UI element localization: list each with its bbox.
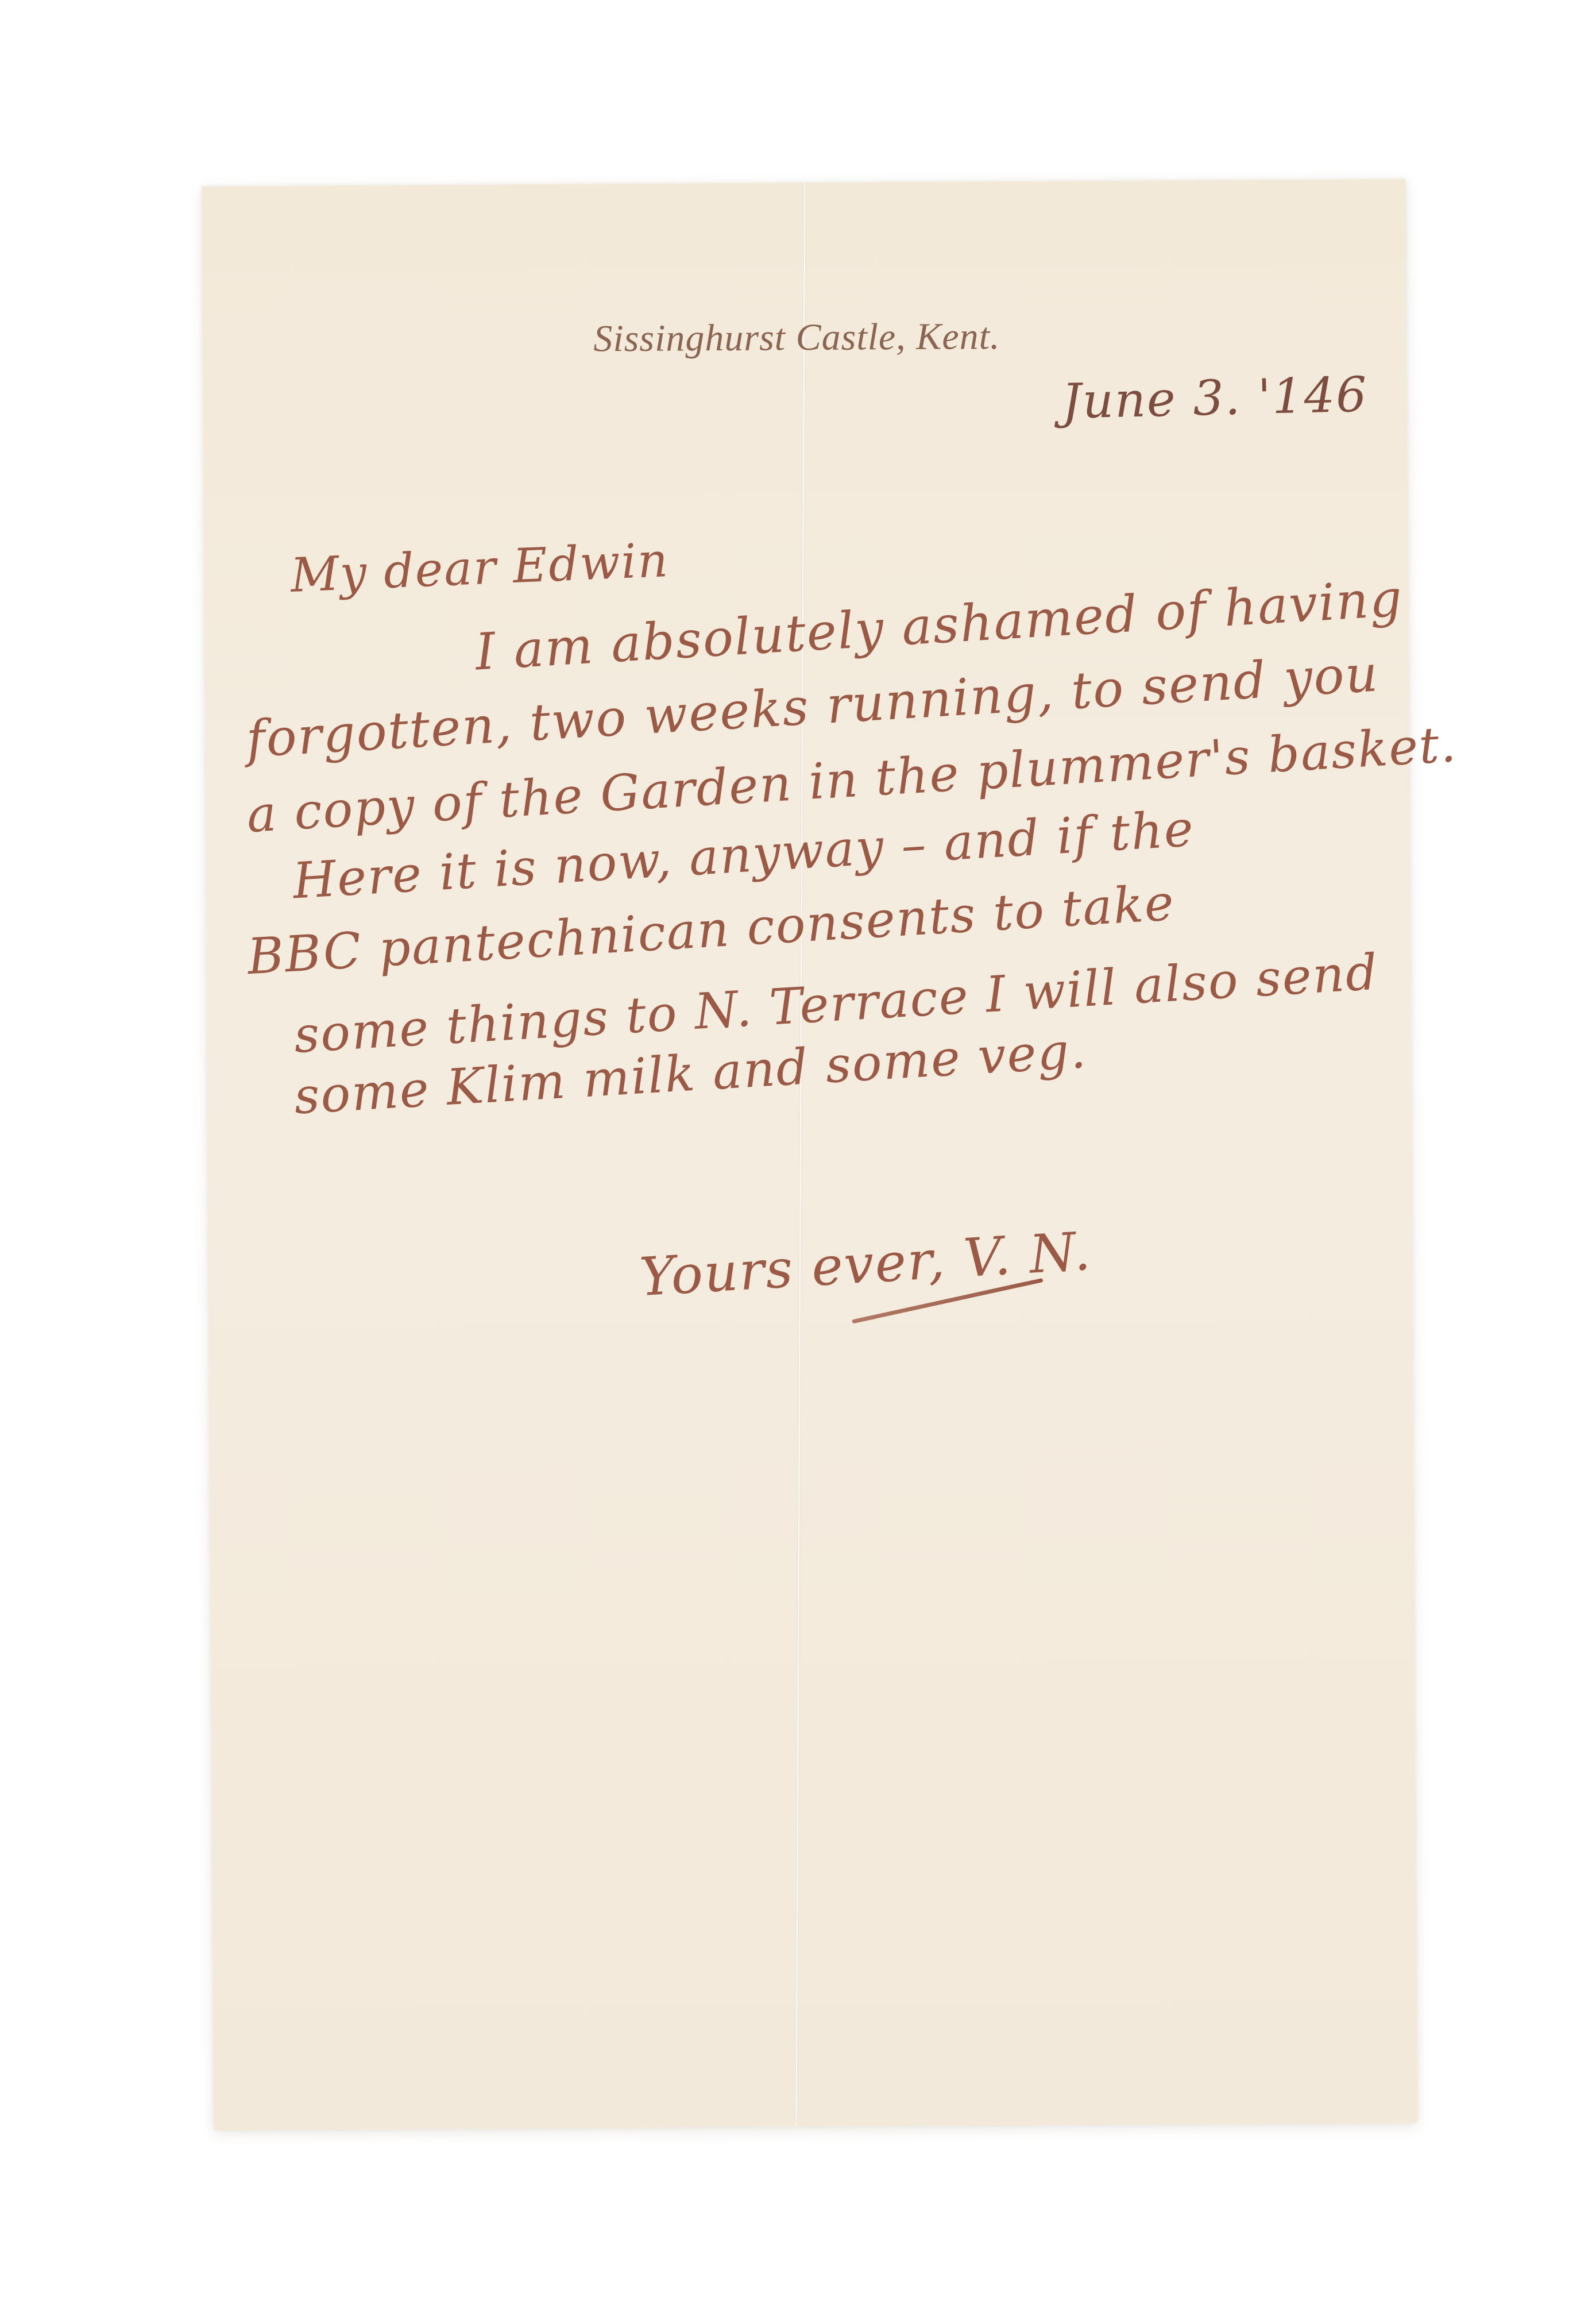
signature: Yours ever, V. N. bbox=[638, 1220, 1093, 1308]
salutation: My dear Edwin bbox=[289, 533, 670, 603]
photo-stage: Sissinghurst Castle, Kent. June 3. '146 … bbox=[0, 0, 1596, 2308]
letter-date: June 3. '146 bbox=[1061, 366, 1369, 430]
letter-sheet: Sissinghurst Castle, Kent. June 3. '146 … bbox=[202, 179, 1418, 2131]
letterhead-address: Sissinghurst Castle, Kent. bbox=[593, 315, 1000, 361]
fold-crease bbox=[795, 183, 806, 2126]
